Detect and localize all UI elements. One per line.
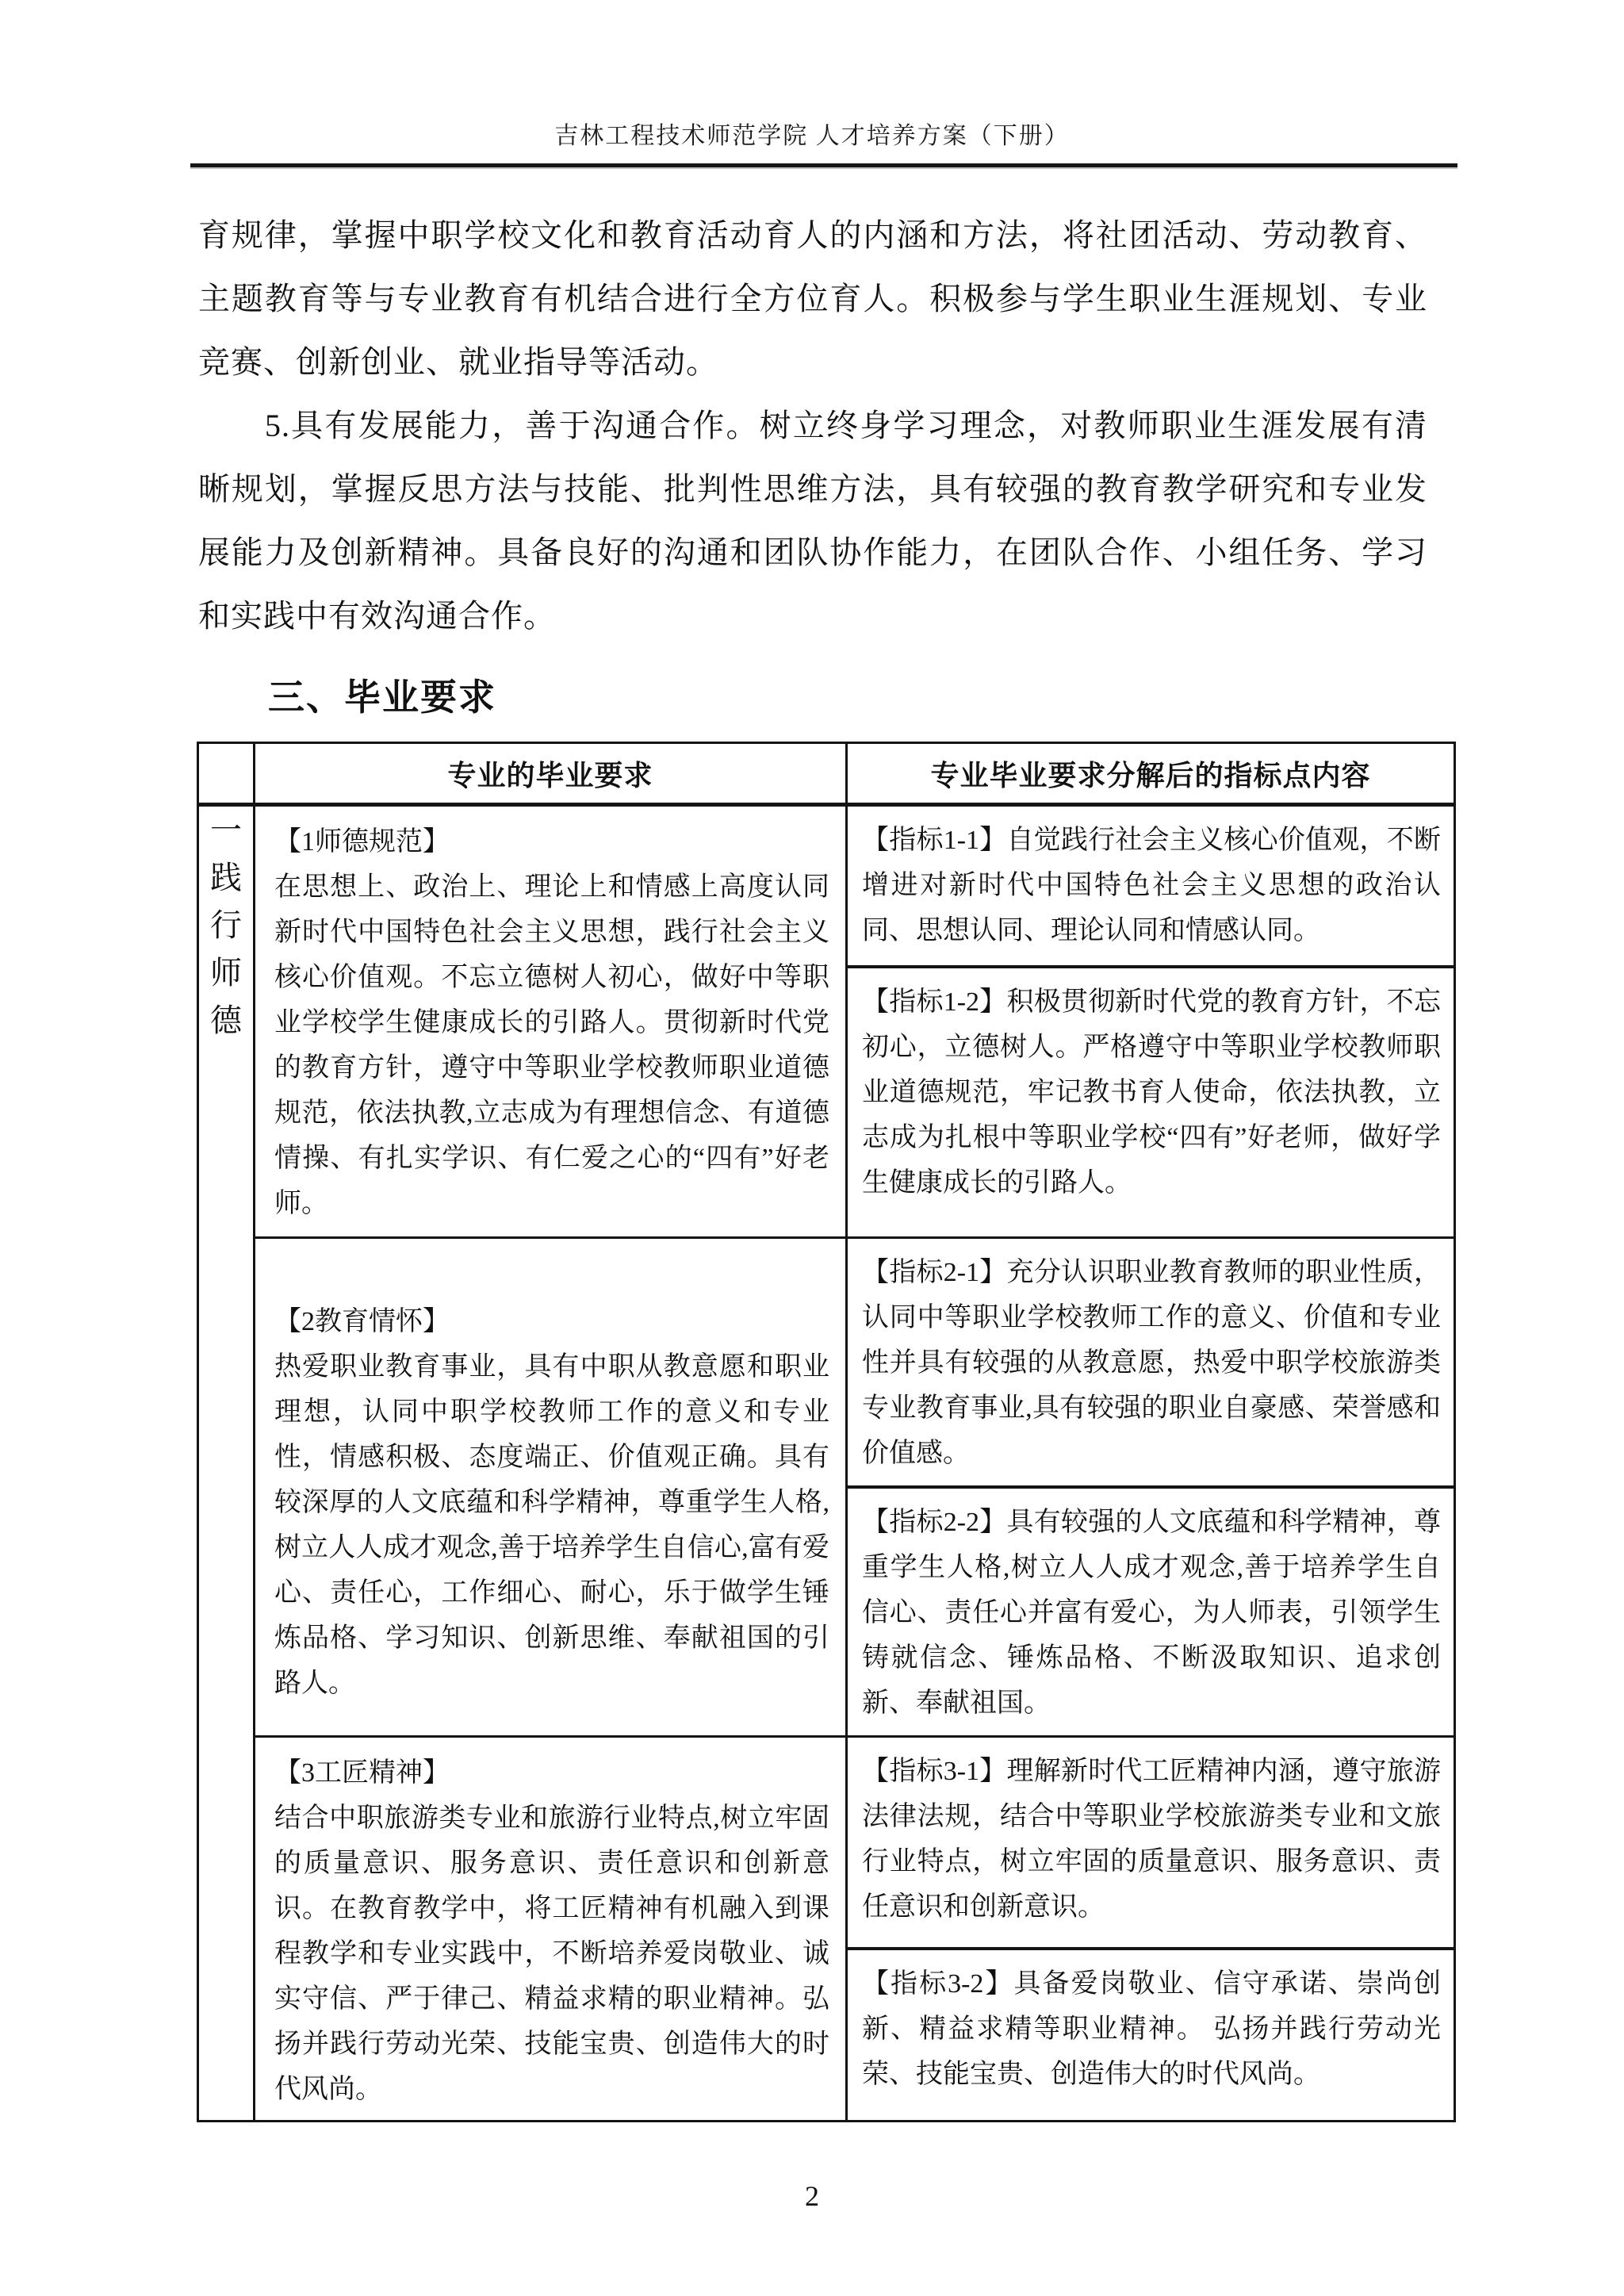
table-row: 一践行师德 【1师德规范】 在思想上、政治上、理论上和情感上高度认同新时代中国特…	[198, 805, 1455, 1238]
table-header-corner-cell	[198, 743, 255, 805]
requirement-body: 在思想上、政治上、理论上和情感上高度认同新时代中国特色社会主义思想，践行社会主义…	[274, 872, 829, 1218]
paragraph-continuation: 育规律，掌握中职学校文化和教育活动育人的内涵和方法，将社团活动、劳动教育、主题教…	[198, 204, 1427, 394]
paragraph-item-5: 5.具有发展能力，善于沟通合作。树立终身学习理念，对教师职业生涯发展有清晰规划，…	[198, 394, 1427, 648]
table-header-requirement: 专业的毕业要求	[255, 743, 847, 805]
indicator-1-1: 【指标1-1】自觉践行社会主义核心价值观，不断增进对新时代中国特色社会主义思想的…	[848, 807, 1454, 965]
section-heading: 三、毕业要求	[198, 669, 1426, 721]
indicator-cell-1: 【指标1-1】自觉践行社会主义核心价值观，不断增进对新时代中国特色社会主义思想的…	[847, 805, 1455, 1238]
table-row: 【3工匠精神】 结合中职旅游类专业和旅游行业特点,树立牢固的质量意识、服务意识、…	[198, 1737, 1455, 2122]
requirement-cell-3: 【3工匠精神】 结合中职旅游类专业和旅游行业特点,树立牢固的质量意识、服务意识、…	[255, 1737, 847, 2122]
indicator-2-1: 【指标2-1】充分认识职业教育教师的职业性质，认同中等职业学校教师工作的意义、价…	[848, 1239, 1454, 1485]
table-header-row: 专业的毕业要求 专业毕业要求分解后的指标点内容	[198, 743, 1455, 805]
requirement-body: 结合中职旅游类专业和旅游行业特点,树立牢固的质量意识、服务意识、责任意识和创新意…	[274, 1803, 829, 2104]
graduation-requirements-table: 专业的毕业要求 专业毕业要求分解后的指标点内容 一践行师德 【1师德规范】 在思…	[197, 742, 1456, 2122]
requirement-title: 【2教育情怀】	[274, 1299, 829, 1344]
requirement-body: 热爱职业教育事业，具有中职从教意愿和职业理想，认同中职学校教师工作的意义和专业性…	[274, 1352, 829, 1698]
page-header-title: 吉林工程技术师范学院 人才培养方案（下册）	[0, 0, 1624, 151]
row-group-label-cell: 一践行师德	[198, 805, 255, 2122]
requirement-cell-1: 【1师德规范】 在思想上、政治上、理论上和情感上高度认同新时代中国特色社会主义思…	[255, 805, 847, 1238]
indicator-cell-2: 【指标2-1】充分认识职业教育教师的职业性质，认同中等职业学校教师工作的意义、价…	[847, 1238, 1455, 1737]
indicator-cell-3: 【指标3-1】理解新时代工匠精神内涵，遵守旅游法律法规，结合中等职业学校旅游类专…	[847, 1737, 1455, 2122]
table-header-indicators: 专业毕业要求分解后的指标点内容	[847, 743, 1455, 805]
requirement-title: 【1师德规范】	[274, 819, 829, 864]
indicator-3-2: 【指标3-2】具备爱岗敬业、信守承诺、崇尚创新、精益求精等职业精神。 弘扬并践行…	[848, 1947, 1454, 2106]
requirement-title: 【3工匠精神】	[274, 1750, 829, 1796]
header-rule	[190, 163, 1457, 167]
row-group-label: 一践行师德	[209, 807, 243, 1045]
indicator-1-2: 【指标1-2】积极贯彻新时代党的教育方针，不忘初心，立德树人。严格遵守中等职业学…	[848, 965, 1454, 1236]
indicator-3-1: 【指标3-1】理解新时代工匠精神内涵，遵守旅游法律法规，结合中等职业学校旅游类专…	[848, 1738, 1454, 1947]
document-page: 吉林工程技术师范学院 人才培养方案（下册） 育规律，掌握中职学校文化和教育活动育…	[0, 0, 1624, 2296]
body-copy: 育规律，掌握中职学校文化和教育活动育人的内涵和方法，将社团活动、劳动教育、主题教…	[0, 204, 1624, 648]
table-row: 【2教育情怀】 热爱职业教育事业，具有中职从教意愿和职业理想，认同中职学校教师工…	[198, 1238, 1455, 1737]
requirement-cell-2: 【2教育情怀】 热爱职业教育事业，具有中职从教意愿和职业理想，认同中职学校教师工…	[255, 1238, 847, 1737]
indicator-2-2: 【指标2-2】具有较强的人文底蕴和科学精神，尊重学生人格,树立人人成才观念,善于…	[848, 1485, 1454, 1735]
page-number: 2	[0, 2179, 1624, 2213]
